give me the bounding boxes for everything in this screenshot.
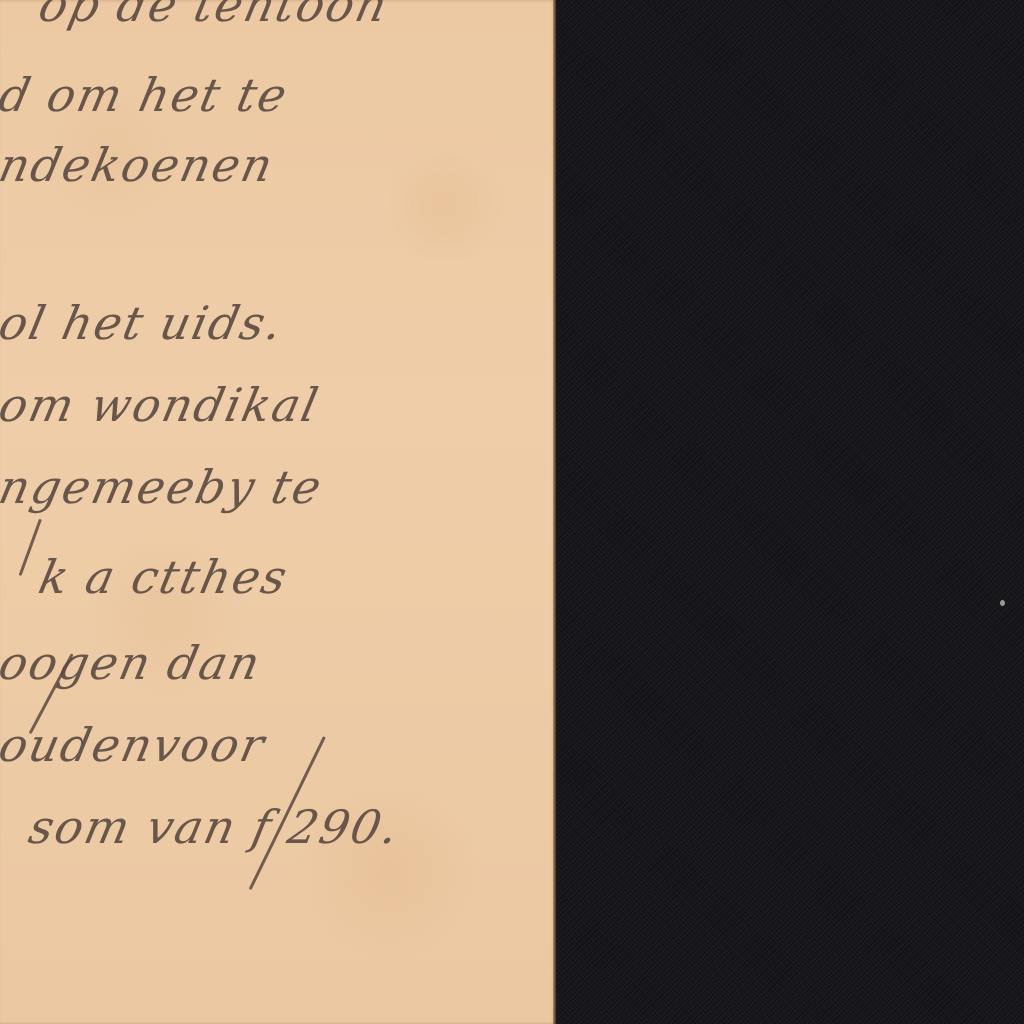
handwritten-line-10: som van f 290. [24,800,405,854]
handwritten-line-8: oogen dan [0,636,267,690]
dark-cloth-background [557,0,1024,1024]
descender-stroke [19,519,42,576]
handwritten-line-1: op de tentoon [34,0,393,32]
letter-page: op de tentoon d om het te ndekoenen ol h… [0,0,556,1024]
handwritten-line-9: oudenvoor [0,718,271,772]
handwritten-line-4: ol het uids. [0,296,289,350]
handwritten-line-5: om wondikal [0,378,325,432]
dust-speck [1000,600,1005,606]
handwritten-line-7: k a ctthes [34,550,293,604]
handwritten-line-3: ndekoenen [0,138,279,192]
handwritten-line-6: ngemeeby te [0,460,328,514]
handwritten-line-2: d om het te [0,68,293,122]
